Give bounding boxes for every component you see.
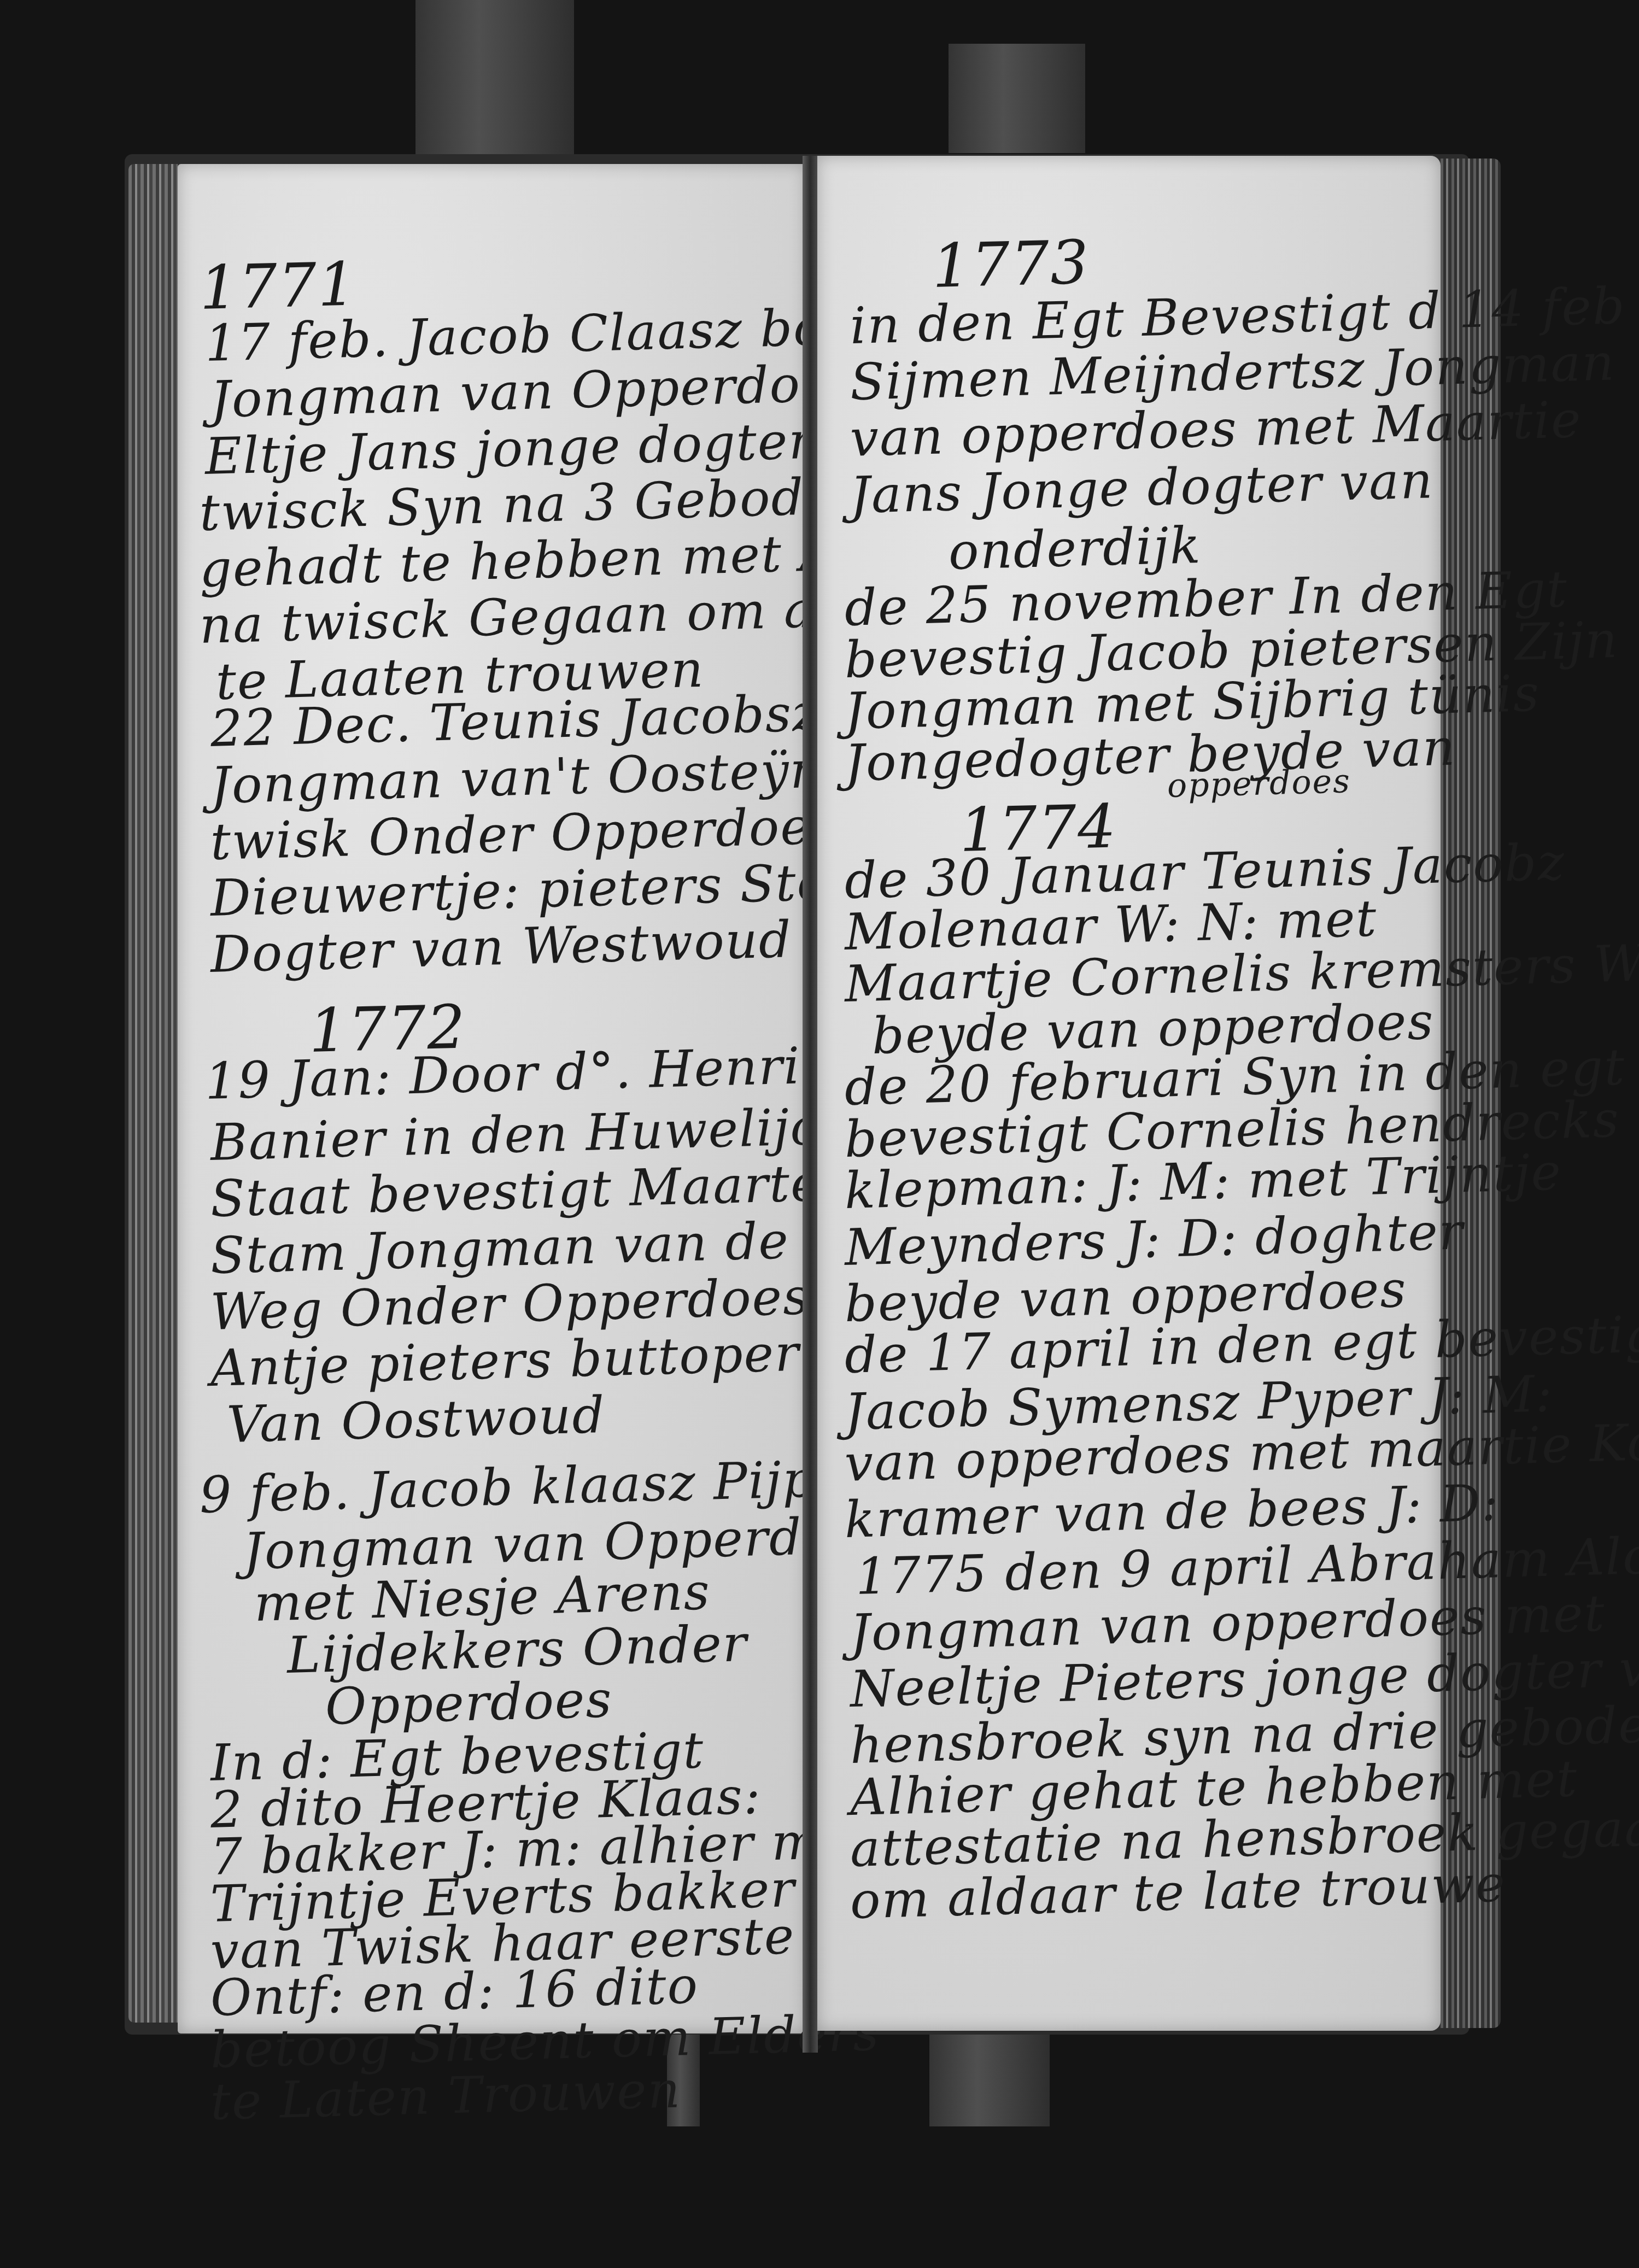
binding-tab-top-left	[415, 0, 574, 154]
binding-tab-top-right	[949, 44, 1085, 153]
page-edges-left	[128, 164, 178, 2023]
right-page: 1773in den Egt Bevestigt d 14 febSijmen …	[817, 156, 1441, 2031]
handwritten-line: opperdoes	[1167, 762, 1351, 805]
handwritten-line: 1773	[931, 227, 1090, 301]
left-page: 177117 feb. Jacob Claasz bontJongman van…	[178, 164, 806, 2033]
handwritten-line: te Laten Trouwen	[210, 2060, 682, 2131]
binding-tab-bottom-right	[929, 2033, 1050, 2126]
handwritten-line: Van Oostwoud	[226, 1386, 606, 1454]
book-gutter	[803, 156, 818, 2053]
